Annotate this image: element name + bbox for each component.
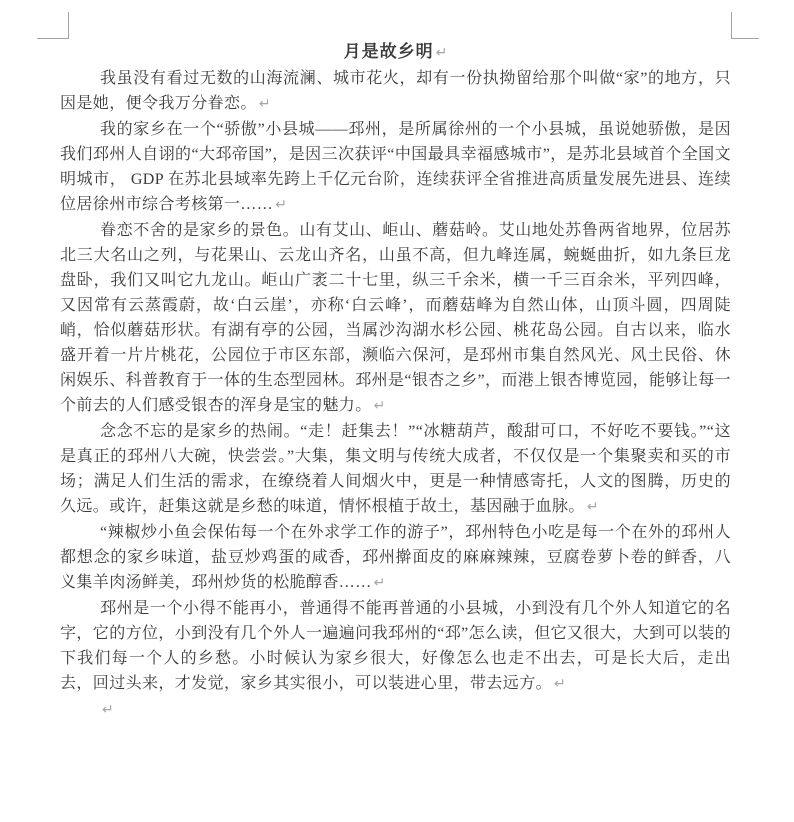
margin-crop-mark-top-right: [731, 12, 759, 39]
paragraph-text[interactable]: 念念不忘的是家乡的热闹。“走！赶集去！”“冰糖葫芦，酸甜可口，不好吃不要钱。”“…: [60, 423, 731, 515]
paragraphs: 我虽没有看过无数的山海流澜、城市花火，却有一份执拗留给那个叫做“家”的地方，只因…: [60, 66, 731, 723]
paragraph-mark-icon: ↵: [273, 197, 287, 213]
paragraph-text[interactable]: 我虽没有看过无数的山海流澜、城市花火，却有一份执拗留给那个叫做“家”的地方，只因…: [60, 70, 731, 112]
paragraph[interactable]: 邳州是一个小得不能再小，普通得不能再普通的小县城，小到没有几个外人知道它的名字，…: [60, 596, 731, 697]
paragraph[interactable]: 我虽没有看过无数的山海流澜、城市花火，却有一份执拗留给那个叫做“家”的地方，只因…: [60, 66, 731, 117]
paragraph-text[interactable]: 邳州是一个小得不能再小，普通得不能再普通的小县城，小到没有几个外人知道它的名字，…: [60, 600, 731, 692]
paragraph[interactable]: 我的家乡在一个“骄傲”小县城——邳州，是所属徐州的一个小县城，虽说她骄傲，是因我…: [60, 117, 731, 218]
margin-crop-mark-top-left: [37, 12, 69, 39]
document-text-area[interactable]: 月是故乡明↵ 我虽没有看过无数的山海流澜、城市花火，却有一份执拗留给那个叫做“家…: [60, 38, 731, 723]
paragraph-mark-icon: ↵: [552, 676, 566, 692]
document-page: 月是故乡明↵ 我虽没有看过无数的山海流澜、城市花火，却有一份执拗留给那个叫做“家…: [0, 0, 794, 822]
paragraph-mark-icon: ↵: [372, 398, 386, 414]
paragraph-mark-icon: ↵: [372, 575, 386, 591]
document-title[interactable]: 月是故乡明: [344, 42, 434, 61]
paragraph[interactable]: 念念不忘的是家乡的热闹。“走！赶集去！”“冰糖葫芦，酸甜可口，不好吃不要钱。”“…: [60, 419, 731, 520]
paragraph-text[interactable]: “辣椒炒小鱼会保佑每一个在外求学工作的游子”，邳州特色小吃是每一个在外的邳州人都…: [60, 524, 731, 591]
paragraph[interactable]: 眷恋不舍的是家乡的景色。山有艾山、岠山、蘑菇岭。艾山地处苏鲁两省地界，位居苏北三…: [60, 218, 731, 419]
paragraph-mark-icon: ↵: [434, 45, 448, 61]
title-line: 月是故乡明↵: [60, 38, 731, 66]
paragraph-mark-icon: ↵: [257, 96, 271, 112]
empty-paragraph[interactable]: ↵: [60, 697, 731, 723]
paragraph-text[interactable]: 眷恋不舍的是家乡的景色。山有艾山、岠山、蘑菇岭。艾山地处苏鲁两省地界，位居苏北三…: [60, 222, 731, 414]
paragraph-mark-icon: ↵: [100, 702, 114, 718]
paragraph-text[interactable]: 我的家乡在一个“骄傲”小县城——邳州，是所属徐州的一个小县城，虽说她骄傲，是因我…: [60, 121, 731, 213]
paragraph-mark-icon: ↵: [585, 499, 599, 515]
paragraph[interactable]: “辣椒炒小鱼会保佑每一个在外求学工作的游子”，邳州特色小吃是每一个在外的邳州人都…: [60, 520, 731, 596]
